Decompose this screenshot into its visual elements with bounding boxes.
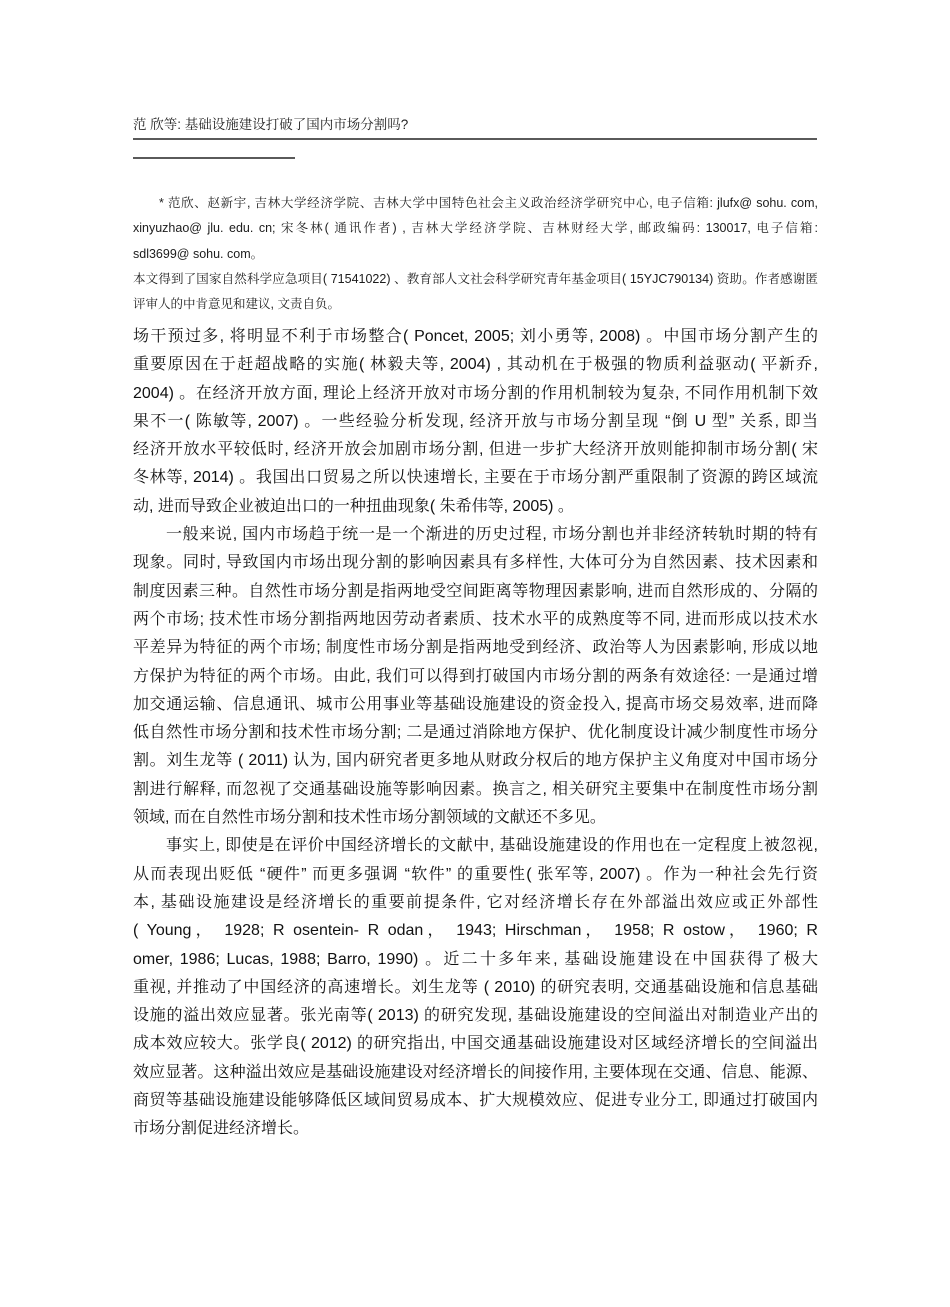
body-paragraph-3-line: 设施的溢出效应显著。张光南等( 2013) 的研究发现, 基础设施建设的空间溢出… bbox=[133, 1002, 818, 1030]
body-paragraph-1-line: 重要原因在于赶超战略的实施( 林毅夫等, 2004) , 其动机在于极强的物质利… bbox=[133, 351, 818, 379]
running-head: 范 欣等: 基础设施建设打破了国内市场分割吗? bbox=[133, 115, 818, 135]
body-paragraph-1-line: 2004) 。在经济开放方面, 理论上经济开放对市场分割的作用机制较为复杂, 不… bbox=[133, 380, 818, 408]
footnote-funding-line: 评审人的中肯意见和建议, 文责自负。 bbox=[133, 292, 818, 317]
footnote-author-line: sdl3699@ sohu. com。 bbox=[133, 242, 818, 267]
body-paragraph-3-line: 事实上, 即使是在评价中国经济增长的文献中, 基础设施建设的作用也在一定程度上被… bbox=[133, 832, 818, 860]
body-paragraph-3-line: omer, 1986; Lucas, 1988; Barro, 1990) 。近… bbox=[133, 946, 818, 974]
body-paragraph-2-line: 加交通运输、信息通讯、城市公用事业等基础设施建设的资金投入, 提高市场交易效率,… bbox=[133, 691, 818, 719]
body-paragraph-3-line: 市场分割促进经济增长。 bbox=[133, 1115, 818, 1143]
header-rule bbox=[133, 138, 817, 140]
body-paragraph-1-line: 果不一( 陈敏等, 2007) 。一些经验分析发现, 经济开放与市场分割呈现 “… bbox=[133, 408, 818, 436]
body-paragraph-3-line: ( Young， 1928; R osentein- R odan， 1943;… bbox=[133, 917, 818, 945]
body-paragraph-2-line: 割。刘生龙等 ( 2011) 认为, 国内研究者更多地从财政分权后的地方保护主义… bbox=[133, 747, 818, 775]
footnote-block: * 范欣、赵新宇, 吉林大学经济学院、吉林大学中国特色社会主义政治经济学研究中心… bbox=[133, 191, 818, 317]
body-paragraph-2-line: 低自然性市场分割和技术性市场分割; 二是通过消除地方保护、优化制度设计减少制度性… bbox=[133, 719, 818, 747]
body-paragraph-1-line: 场干预过多, 将明显不利于市场整合( Poncet, 2005; 刘小勇等, 2… bbox=[133, 323, 818, 351]
body-paragraph-3-line: 成本效应较大。张学良( 2012) 的研究指出, 中国交通基础设施建设对区域经济… bbox=[133, 1030, 818, 1058]
footnote-author-line: xinyuzhao@ jlu. edu. cn; 宋冬林( 通讯作者) , 吉林… bbox=[133, 216, 818, 241]
footnote-author-line: * 范欣、赵新宇, 吉林大学经济学院、吉林大学中国特色社会主义政治经济学研究中心… bbox=[133, 191, 818, 216]
body-paragraph-2-line: 方保护为特征的两个市场。由此, 我们可以得到打破国内市场分割的两条有效途径: 一… bbox=[133, 663, 818, 691]
body-paragraph-2-line: 两个市场; 技术性市场分割指两地因劳动者素质、技术水平的成熟度等不同, 进而形成… bbox=[133, 606, 818, 634]
body-paragraph-3-line: 重视, 并推动了中国经济的高速增长。刘生龙等 ( 2010) 的研究表明, 交通… bbox=[133, 974, 818, 1002]
body-paragraph-1-line: 动, 进而导致企业被迫出口的一种扭曲现象( 朱希伟等, 2005) 。 bbox=[133, 493, 818, 521]
body-paragraph-3-line: 本, 基础设施建设是经济增长的重要前提条件, 它对经济增长存在外部溢出效应或正外… bbox=[133, 889, 818, 917]
body-paragraph-3-line: 商贸等基础设施建设能够降低区域间贸易成本、扩大规模效应、促进专业分工, 即通过打… bbox=[133, 1087, 818, 1115]
body-paragraph-2-line: 一般来说, 国内市场趋于统一是一个渐进的历史过程, 市场分割也并非经济转轨时期的… bbox=[133, 521, 818, 549]
footnote-funding-line: 本文得到了国家自然科学应急项目( 71541022) 、教育部人文社会科学研究青… bbox=[133, 267, 818, 292]
body-paragraph-2-line: 割进行解释, 而忽视了交通基础设施等影响因素。换言之, 相关研究主要集中在制度性… bbox=[133, 776, 818, 804]
body-paragraph-3-line: 从而表现出贬低 “硬件” 而更多强调 “软件” 的重要性( 张军等, 2007)… bbox=[133, 861, 818, 889]
footnote-separator-rule bbox=[133, 157, 295, 159]
body-paragraph-1-line: 冬林等, 2014) 。我国出口贸易之所以快速增长, 主要在于市场分割严重限制了… bbox=[133, 464, 818, 492]
body-paragraph-1-line: 经济开放水平较低时, 经济开放会加剧市场分割, 但进一步扩大经济开放则能抑制市场… bbox=[133, 436, 818, 464]
body-paragraph-2-line: 领域, 而在自然性市场分割和技术性市场分割领域的文献还不多见。 bbox=[133, 804, 818, 832]
body-paragraph-3-line: 效应显著。这种溢出效应是基础设施建设对经济增长的间接作用, 主要体现在交通、信息… bbox=[133, 1059, 818, 1087]
body-paragraph-2-line: 现象。同时, 导致国内市场出现分割的影响因素具有多样性, 大体可分为自然因素、技… bbox=[133, 549, 818, 577]
body-paragraph-2-line: 制度因素三种。自然性市场分割是指两地受空间距离等物理因素影响, 进而自然形成的、… bbox=[133, 578, 818, 606]
body-paragraph-2-line: 平差异为特征的两个市场; 制度性市场分割是指两地受到经济、政治等人为因素影响, … bbox=[133, 634, 818, 662]
body-text-block: 场干预过多, 将明显不利于市场整合( Poncet, 2005; 刘小勇等, 2… bbox=[133, 323, 818, 1144]
document-page: 范 欣等: 基础设施建设打破了国内市场分割吗? * 范欣、赵新宇, 吉林大学经济… bbox=[0, 0, 950, 1307]
